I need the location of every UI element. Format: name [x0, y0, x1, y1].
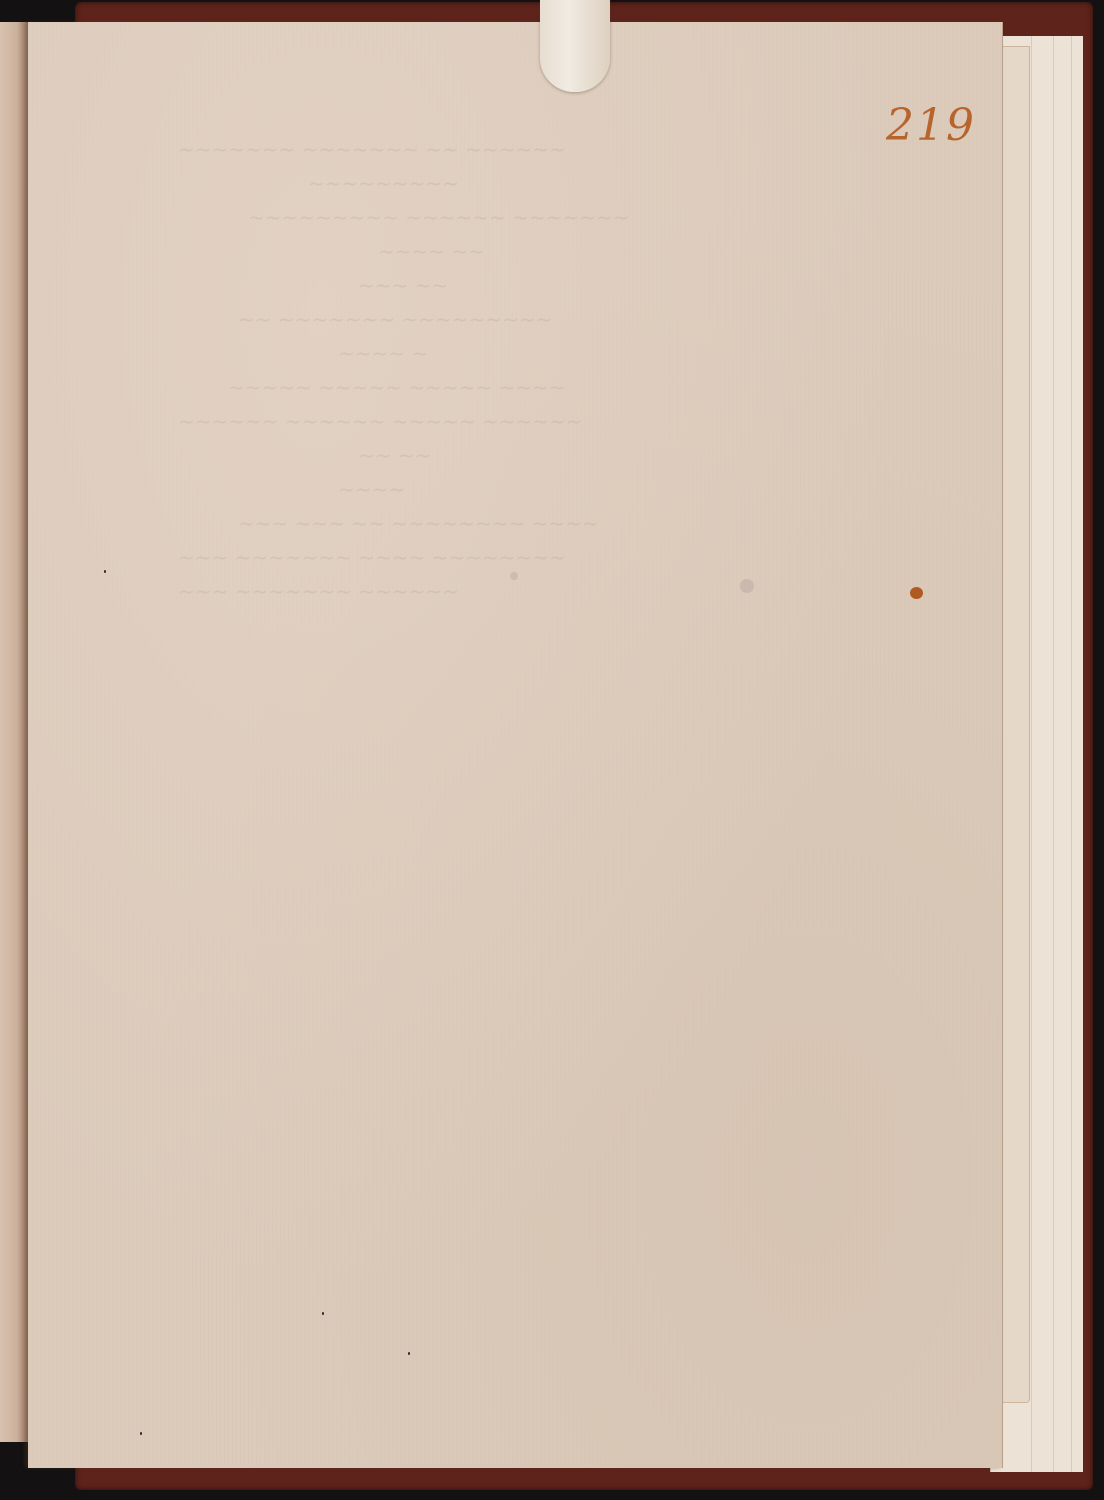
- show-through-line: ~~~ ~~~~~~~ ~~~~ ~~~~~~~~: [178, 540, 738, 574]
- page-edge-line: [1031, 36, 1032, 1472]
- show-through-line: ~~~~~~~ ~~~~~~~ ~~ ~~~~~~: [178, 132, 738, 166]
- show-through-line: ~~~~: [178, 472, 738, 506]
- show-through-line: ~~~ ~~~~~~~ ~~~~~~: [178, 574, 738, 608]
- paper-speck: [140, 1432, 142, 1435]
- paper-speck: [104, 570, 106, 573]
- show-through-line: ~~ ~~: [178, 438, 738, 472]
- show-through-line: ~~~~~~~~~: [178, 166, 738, 200]
- facing-page-edge: [0, 22, 30, 1442]
- show-through-line: ~~~ ~~: [178, 268, 738, 302]
- ribbon-bookmark[interactable]: [540, 0, 610, 92]
- paper-speck: [322, 1312, 324, 1315]
- folio-number: 219: [886, 100, 976, 151]
- show-through-line: ~~~~~~~~~ ~~~~~~ ~~~~~~~: [178, 200, 738, 234]
- ink-show-through: ~~~~~~~ ~~~~~~~ ~~ ~~~~~~ ~~~~~~~~~ ~~~~…: [178, 132, 738, 608]
- inserted-leaf-edge: [1000, 46, 1030, 1403]
- show-through-line: ~~~ ~~~ ~~ ~~~~~~~~ ~~~~: [178, 506, 738, 540]
- faint-spot: [740, 579, 754, 593]
- manuscript-page: ~~~~~~~ ~~~~~~~ ~~ ~~~~~~ ~~~~~~~~~ ~~~~…: [28, 22, 1003, 1468]
- show-through-line: ~~~~ ~~: [178, 234, 738, 268]
- faint-spot: [510, 572, 518, 580]
- show-through-line: ~~~~~~ ~~~~~~ ~~~~~ ~~~~~~: [178, 404, 738, 438]
- show-through-line: ~~~~ ~: [178, 336, 738, 370]
- page-edge-line: [1071, 36, 1072, 1472]
- page-edge-line: [1053, 36, 1054, 1472]
- paper-speck: [408, 1352, 410, 1355]
- ink-stain: [910, 587, 923, 599]
- show-through-line: ~~~~~ ~~~~~ ~~~~~ ~~~~: [178, 370, 738, 404]
- show-through-line: ~~ ~~~~~~~ ~~~~~~~~~: [178, 302, 738, 336]
